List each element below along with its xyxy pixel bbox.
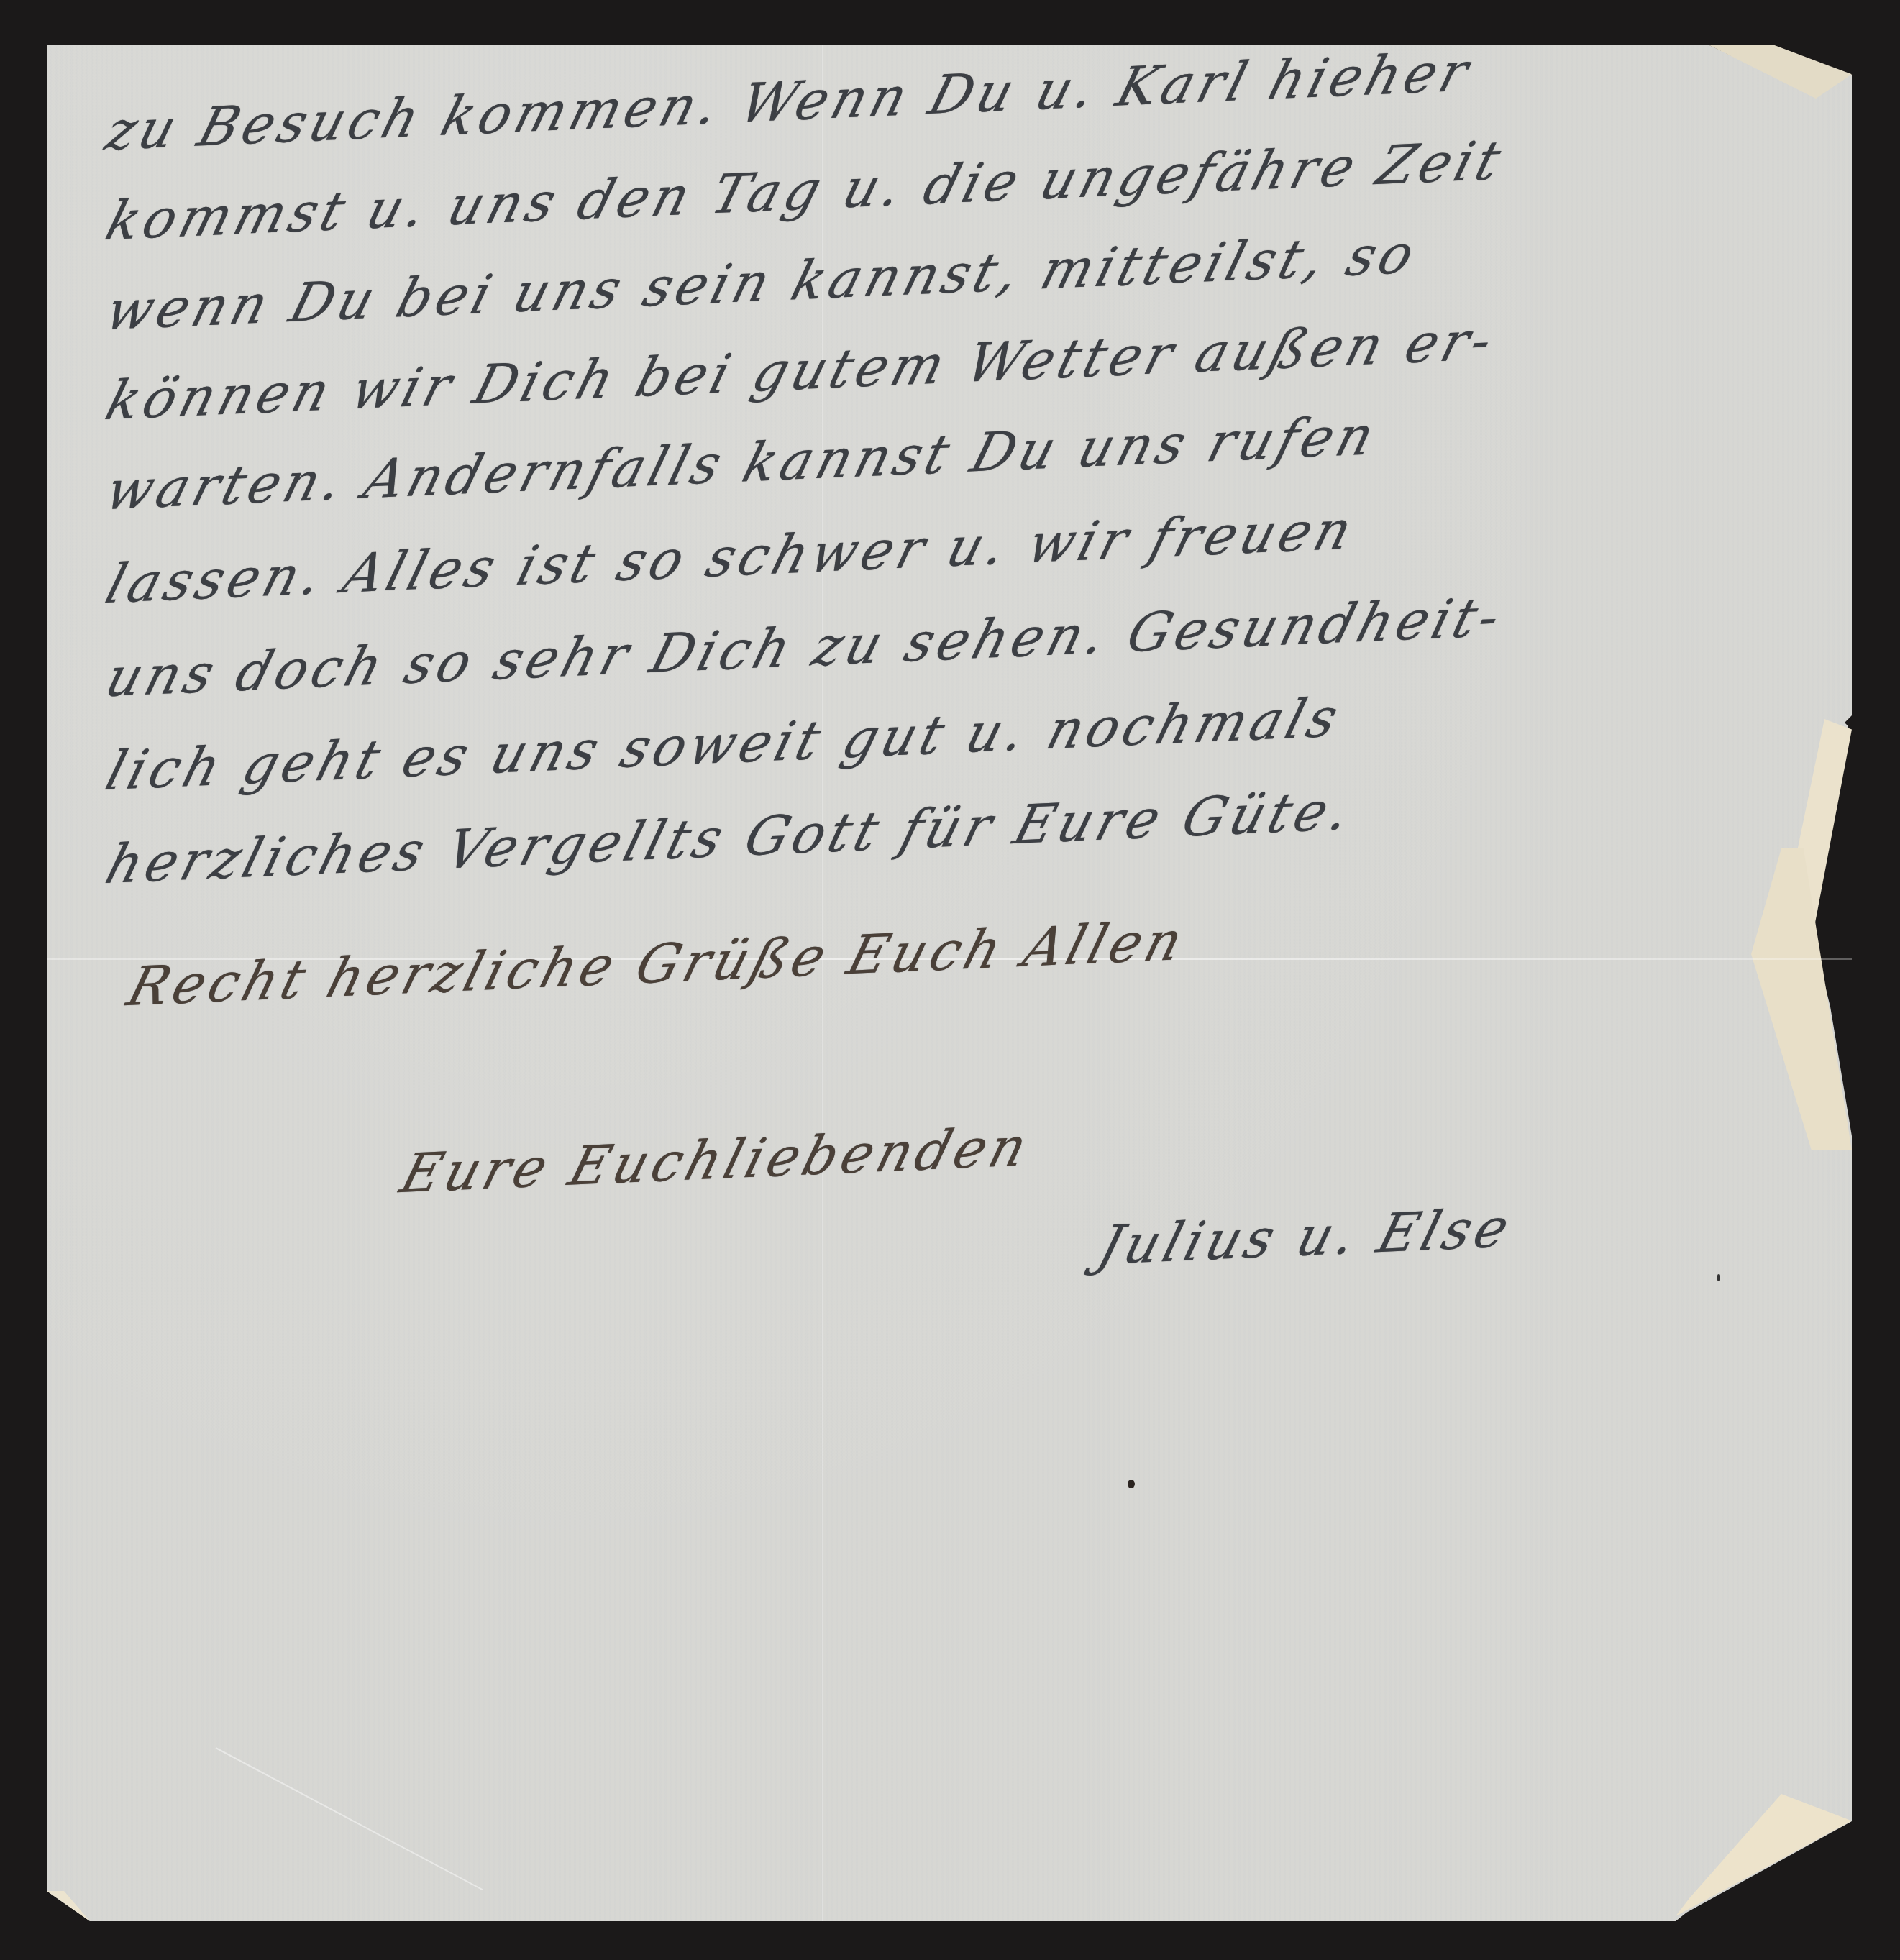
letter-closing: Recht herzliche Grüße Euch Allen: [121, 910, 1194, 1018]
letter-body: zu Besuch kommen. Wenn Du u. Karl hieher…: [0, 0, 1900, 1960]
letter-line-9: herzliches Vergellts Gott für Eure Güte.: [99, 779, 1361, 897]
letter-line-6: lassen. Alles ist so schwer u. wir freue…: [99, 499, 1363, 616]
letter-line-8: lich geht es uns soweit gut u. nochmals: [99, 687, 1349, 803]
letter-valediction: Eure Euchliebenden: [394, 1115, 1038, 1205]
letter-signature: Julius u. Else: [1092, 1196, 1520, 1277]
